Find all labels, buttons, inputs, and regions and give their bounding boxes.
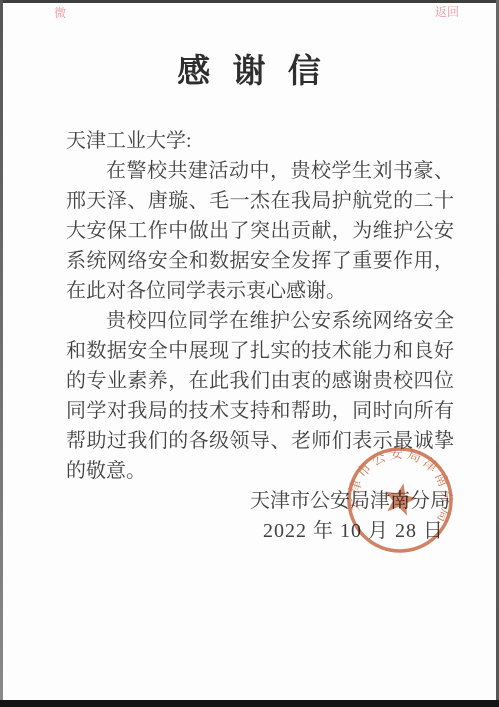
page-border-bottom <box>0 700 499 707</box>
signature-block: 天津市公安局津南分局 2022 年 10 月 28 日 <box>66 486 458 546</box>
red-watermark-mark: 微 <box>54 4 66 21</box>
signature-date: 2022 年 10 月 28 日 <box>66 516 458 546</box>
letter-title: 感 谢 信 <box>0 52 499 92</box>
letter-page: 微 返回 感 谢 信 天津工业大学: 在警校共建活动中，贵校学生刘书豪、邢天泽、… <box>0 0 499 707</box>
salutation: 天津工业大学: <box>66 126 454 156</box>
paragraph-2: 贵校四位同学在维护公安系统网络安全和数据安全中展现了扎实的技术能力和良好的专业素… <box>66 306 454 486</box>
paragraph-1: 在警校共建活动中，贵校学生刘书豪、邢天泽、唐璇、毛一杰在我局护航党的二十大安保工… <box>66 156 454 306</box>
back-link[interactable]: 返回 <box>435 3 459 20</box>
page-border-top <box>0 0 499 3</box>
page-border-left <box>0 0 3 707</box>
letter-body: 天津工业大学: 在警校共建活动中，贵校学生刘书豪、邢天泽、唐璇、毛一杰在我局护航… <box>66 126 454 486</box>
signature-org: 天津市公安局津南分局 <box>66 486 458 516</box>
